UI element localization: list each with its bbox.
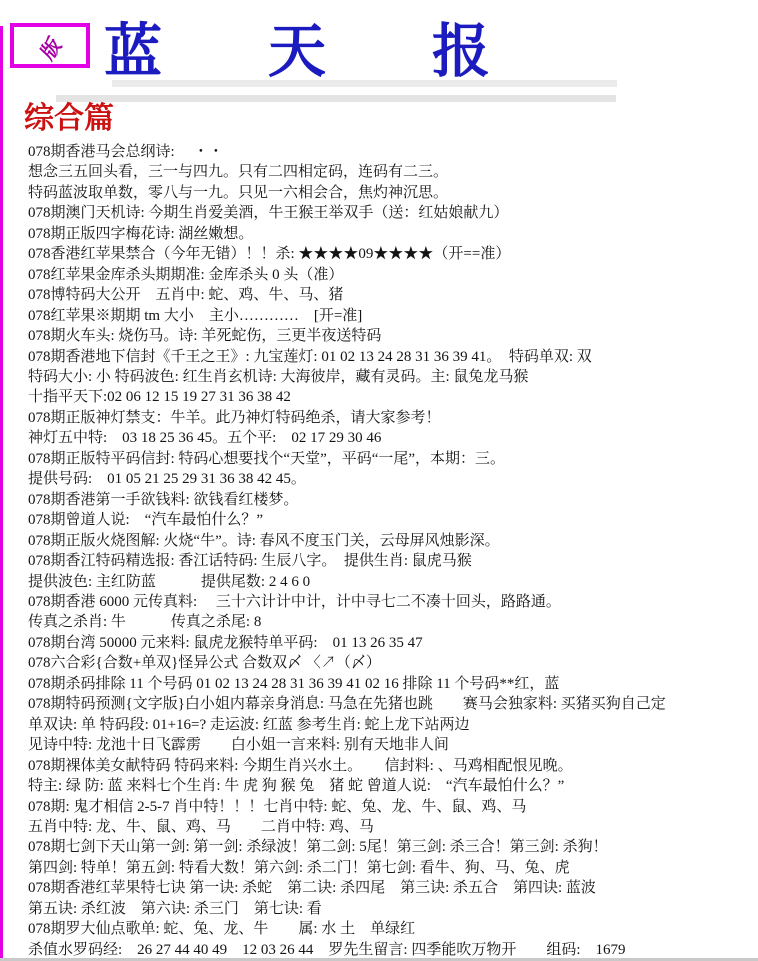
text-line: 单双诀: 单 特码段: 01+16=? 走运波: 红蓝 参考生肖: 蛇上龙下站两…: [28, 715, 754, 735]
text-line: 078期台湾 50000 元来料: 鼠虎龙猴特单平码: 01 13 26 35 …: [28, 633, 754, 653]
edition-stamp-box: 版: [10, 23, 90, 68]
text-line: 提供号码: 01 05 21 25 29 31 36 38 42 45。: [28, 469, 754, 489]
text-line: 078期香港第一手欲钱料: 欲钱看红楼梦。: [28, 490, 754, 510]
text-line: 078红苹果金库杀头期期准: 金库杀头 0 头（准）: [28, 265, 754, 285]
text-line: 提供波色: 主红防蓝 提供尾数: 2 4 6 0: [28, 572, 754, 592]
text-line: 078期正版特平码信封: 特码心想要找个“天堂”，平码“一尾”，本期：三。: [28, 449, 754, 469]
text-line: 特码大小: 小 特码波色: 红生肖玄机诗: 大海彼岸，藏有灵码。主: 鼠兔龙马猴: [28, 367, 754, 387]
text-line: 杀值水罗码经: 26 27 44 40 49 12 03 26 44 罗先生留言…: [28, 940, 754, 960]
text-line: 第五诀: 杀红波 第六诀: 杀三门 第七诀: 看: [28, 899, 754, 919]
title-underline-decoration: [56, 95, 616, 102]
newspaper-page: 版 蓝天报 综合篇 078期香港马会总纲诗: ・・ 想念三五回头看，三一与四九。…: [0, 0, 758, 961]
left-border-rule: [0, 26, 3, 958]
content-body: 078期香港马会总纲诗: ・・ 想念三五回头看，三一与四九。只有二四相定码，连码…: [28, 142, 754, 960]
text-line: 特码蓝波取单数，零八与一九。只见一六相会合，焦灼神沉思。: [28, 183, 754, 203]
title-underline-decoration: [112, 80, 617, 87]
text-line: 078期正版四字梅花诗: 湖丝嫩想。: [28, 224, 754, 244]
text-line: 078期火车头: 烧伤马。诗: 羊死蛇伤，三更半夜送特码: [28, 326, 754, 346]
text-line: 078期曾道人说: “汽车最怕什么？”: [28, 510, 754, 530]
text-line: 078期香江特码精选报: 香江话特码: 生辰八字。 提供生肖: 鼠虎马猴: [28, 551, 754, 571]
text-line: 078香港红苹果禁合（今年无错）！！杀: ★★★★09★★★★（开==准）: [28, 244, 754, 264]
text-line: 078期七剑下天山第一剑: 第一剑: 杀绿波！第二剑: 5尾！第三剑: 杀三合！…: [28, 837, 754, 857]
text-line: 078博特码大公开 五肖中: 蛇、鸡、牛、马、猪: [28, 285, 754, 305]
text-line: 五肖中特: 龙、牛、鼠、鸡、马 二肖中特: 鸡、马: [28, 817, 754, 837]
text-line: 神灯五中特: 03 18 25 36 45。五个平: 02 17 29 30 4…: [28, 428, 754, 448]
text-line: 078期香港 6000 元传真料: 三十六计计中计，计中寻七二不凑十回头，路路通…: [28, 592, 754, 612]
text-line: 见诗中特: 龙池十日飞霹雳 白小姐一言来料: 别有天地非人间: [28, 735, 754, 755]
text-line: 十指平天下:02 06 12 15 19 27 31 36 38 42: [28, 387, 754, 407]
text-line: 078期正版神灯禁支：牛羊。此乃神灯特码绝杀，请大家参考！: [28, 408, 754, 428]
text-line: 078期香港红苹果特七诀 第一诀: 杀蛇 第二诀: 杀四尾 第三诀: 杀五合 第…: [28, 878, 754, 898]
section-title: 综合篇: [24, 100, 114, 138]
text-line: 078期裸体美女献特码 特码来料: 今期生肖兴水土。 信封料: 、马鸡相配恨见晚…: [28, 756, 754, 776]
text-line: 特主: 绿 防: 蓝 来料七个生肖: 牛 虎 狗 猴 兔 猪 蛇 曾道人说: “…: [28, 776, 754, 796]
text-line: 第四剑: 特单！第五剑: 特看大数！第六剑: 杀二门！第七剑: 看牛、狗、马、兔…: [28, 858, 754, 878]
text-line: 078期: 鬼才相信 2-5-7 肖中特！！！七肖中特: 蛇、兔、龙、牛、鼠、鸡…: [28, 797, 754, 817]
edition-stamp-label: 版: [34, 29, 67, 65]
text-line: 078期香港地下信封《千王之王》: 九宝莲灯: 01 02 13 24 28 3…: [28, 347, 754, 367]
text-line: 想念三五回头看，三一与四九。只有二四相定码，连码有二三。: [28, 162, 754, 182]
text-line: 078期澳门天机诗: 今期生肖爱美酒，牛王猴王举双手（送：红姑娘献九）: [28, 203, 754, 223]
text-line: 078期罗大仙点歌单: 蛇、兔、龙、牛 属: 水 土 单绿红: [28, 919, 754, 939]
text-line: 078红苹果※期期 tm 大小 主小………… [开=准]: [28, 306, 754, 326]
text-line: 传真之杀肖: 牛 传真之杀尾: 8: [28, 612, 754, 632]
text-line: 078期杀码排除 11 个号码 01 02 13 24 28 31 36 39 …: [28, 674, 754, 694]
page-title: 蓝天报: [104, 14, 596, 90]
text-line: 078六合彩{合数+单双}怪异公式 合数双〆 〈↗（〆）: [28, 653, 754, 673]
text-line: 078期正版火烧图解: 火烧“牛”。诗: 春风不度玉门关，云母屏风烛影深。: [28, 531, 754, 551]
text-line: 078期特码预测{文字版}白小姐内幕亲身消息: 马急在先猪也跳 赛马会独家料: …: [28, 694, 754, 714]
text-line: 078期香港马会总纲诗: ・・: [28, 142, 754, 162]
